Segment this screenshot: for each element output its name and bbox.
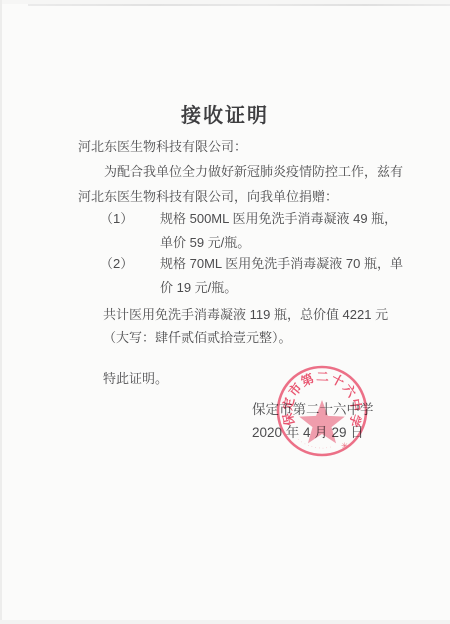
item-1-description: 规格 500ML 医用免洗手消毒凝液 49 瓶， xyxy=(160,211,397,228)
seal-star-icon xyxy=(299,400,345,443)
seal-graphic: 保定市第二十六中学 ·········· ✳ xyxy=(272,361,372,461)
scan-bottom-edge xyxy=(0,620,450,624)
body-paragraph-line-1: 为配合我单位全力做好新冠肺炎疫情防控工作，兹有 xyxy=(104,164,403,181)
item-1-price-line: 单价 59 元/瓶。 xyxy=(160,235,250,252)
body-paragraph-line-2: 河北东医生物科技有限公司，向我单位捐赠： xyxy=(78,189,338,206)
scan-top-edge-line xyxy=(28,4,450,6)
official-seal-stamp: 保定市第二十六中学 ·········· ✳ xyxy=(272,361,372,461)
item-2-price-line: 价 19 元/瓶。 xyxy=(160,280,237,297)
scanned-document-page: 接收证明 河北东医生物科技有限公司： 为配合我单位全力做好新冠肺炎疫情防控工作，… xyxy=(0,0,450,624)
salutation-line: 河北东医生物科技有限公司： xyxy=(78,139,247,156)
amount-in-capitals-line: （大写：肆仟贰佰贰拾壹元整）。 xyxy=(103,330,292,347)
item-1-number: （1） xyxy=(100,211,133,228)
seal-ornament-icon: ✳ xyxy=(341,441,349,451)
closing-statement: 特此证明。 xyxy=(103,371,168,388)
scan-left-edge-line xyxy=(0,0,2,624)
document-title: 接收证明 xyxy=(0,99,450,128)
total-summary-line: 共计医用免洗手消毒凝液 119 瓶，总价值 4221 元 xyxy=(103,307,388,324)
item-2-number: （2） xyxy=(100,256,133,273)
item-2-description: 规格 70ML 医用免洗手消毒凝液 70 瓶，单 xyxy=(160,256,403,273)
